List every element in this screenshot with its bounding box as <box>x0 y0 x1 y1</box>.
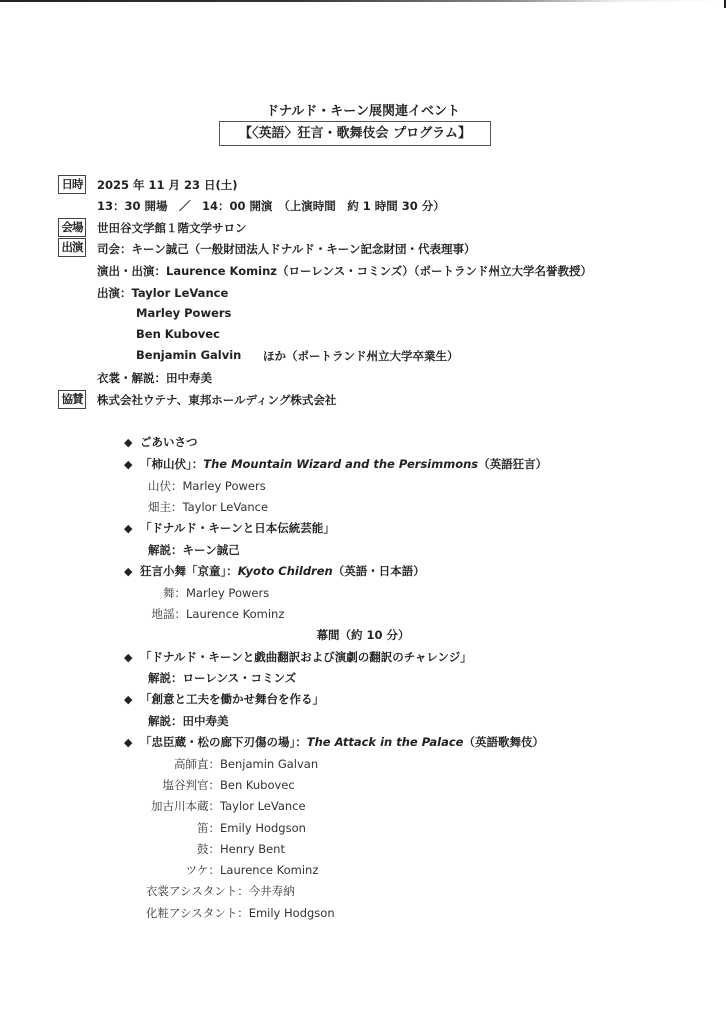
program-item: ◆「ドナルド・キーンと日本伝統芸能」 <box>124 520 335 536</box>
diamond-bullet-icon: ◆ <box>124 436 140 449</box>
performer: Benjamin Galvin <box>136 348 241 362</box>
intermission: 幕間（約 10 分） <box>0 627 726 643</box>
scan-edge <box>0 0 726 2</box>
cast-line: 司会：キーン誠己（一般財団法人ドナルド・キーン記念財団・代表理事） <box>97 241 475 257</box>
venue-label: 会場 <box>58 218 86 237</box>
costume-line: 衣裳・解説：田中寿美 <box>97 370 212 386</box>
cast-entry: 畑主：Taylor LeVance <box>148 499 268 515</box>
cast-label: 出演 <box>58 238 86 257</box>
diamond-bullet-icon: ◆ <box>124 651 140 664</box>
document-title: ドナルド・キーン展関連イベント <box>0 100 726 119</box>
performer: Ben Kubovec <box>136 327 220 341</box>
cast-line: 出演：Taylor LeVance <box>97 285 228 301</box>
cast-entry: 加古川本蔵：Taylor LeVance <box>140 798 306 814</box>
sponsor-label: 協賛 <box>58 390 86 409</box>
time-value: 13：30 開場 ／ 14：00 開演 （上演時間 約 1 時間 30 分） <box>97 198 445 214</box>
cast-entry: 笛：Emily Hodgson <box>140 820 306 836</box>
cast-entry: ツケ：Laurence Kominz <box>140 862 318 878</box>
date-label: 日時 <box>58 175 86 194</box>
cast-entry: 地謡：Laurence Kominz <box>148 606 284 622</box>
program-item: ◆「柿山伏」：The Mountain Wizard and the Persi… <box>124 456 547 472</box>
diamond-bullet-icon: ◆ <box>124 693 140 706</box>
program-item: ◆ごあいさつ <box>124 434 198 450</box>
diamond-bullet-icon: ◆ <box>124 736 140 749</box>
program-subline: 解説：キーン誠己 <box>148 542 240 558</box>
program-item: ◆狂言小舞「京童」：Kyoto Children（英語・日本語） <box>124 563 425 579</box>
diamond-bullet-icon: ◆ <box>124 458 140 471</box>
date-value: 2025 年 11 月 23 日(土) <box>97 177 238 193</box>
cast-entry: 塩谷判官：Ben Kubovec <box>140 777 295 793</box>
diamond-bullet-icon: ◆ <box>124 565 140 578</box>
program-item: ◆「創意と工夫を働かせ舞台を作る」 <box>124 691 324 707</box>
cast-entry: 山伏：Marley Powers <box>148 478 266 494</box>
diamond-bullet-icon: ◆ <box>124 522 140 535</box>
cast-entry: 舞：Marley Powers <box>148 585 269 601</box>
performers-note: ほか（ポートランド州立大学卒業生） <box>263 348 459 364</box>
venue-value: 世田谷文学館１階文学サロン <box>97 220 247 236</box>
sponsor-value: 株式会社ウテナ、東邦ホールディング株式会社 <box>97 392 336 408</box>
performer: Marley Powers <box>136 306 231 320</box>
program-title-box: 【〈英語〉狂言・歌舞伎会 プログラム】 <box>219 121 491 146</box>
cast-entry: 高師直：Benjamin Galvan <box>140 756 318 772</box>
assistant-line: 化粧アシスタント：Emily Hodgson <box>146 905 335 921</box>
cast-line: 演出・出演：Laurence Kominz（ローレンス・コミンズ）（ポートランド… <box>97 263 592 279</box>
program-item: ◆「ドナルド・キーンと戯曲翻訳および演劇の翻訳のチャレンジ」 <box>124 649 472 665</box>
cast-entry: 鼓：Henry Bent <box>140 841 285 857</box>
program-item: ◆「忠臣蔵・松の廊下刃傷の場」：The Attack in the Palace… <box>124 734 544 750</box>
program-subline: 解説：ローレンス・コミンズ <box>148 670 296 686</box>
assistant-line: 衣裳アシスタント：今井寿納 <box>146 883 295 899</box>
program-subline: 解説：田中寿美 <box>148 713 229 729</box>
